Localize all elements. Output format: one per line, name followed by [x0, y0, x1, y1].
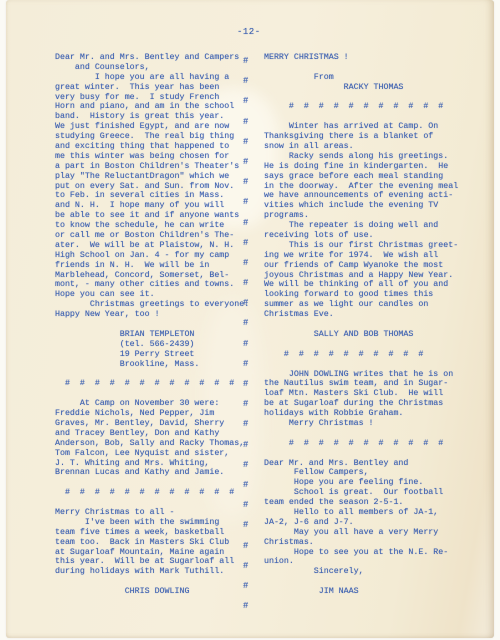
text-line: JA-2, J-6 and J-7. [264, 518, 458, 528]
text-line: J. T. Whiting and Mrs. Whiting, [55, 459, 249, 469]
text-line: # [243, 233, 248, 253]
text-line: # # # # # # # # # # [264, 350, 458, 360]
text-line: we have announcements of evening acti- [264, 191, 458, 201]
text-line: High School on Jan. 4 - for my camp [55, 251, 249, 261]
text-line: programs. [264, 211, 458, 221]
text-line: Winter has arrived at Camp. On [264, 122, 458, 132]
text-line: From [264, 73, 458, 83]
text-line [264, 340, 458, 350]
right-text-column: MERRY CHRISTMAS ! From RACKY THOMAS # # … [264, 53, 458, 597]
text-line: friends in N. H. We will be in [55, 261, 249, 271]
text-line: loaf Mtn. Masters Ski Club. He will [264, 389, 458, 399]
text-line: # # # # # # # # # # # [264, 439, 458, 449]
text-line: # [243, 313, 248, 333]
text-line [264, 112, 458, 122]
text-line: Happy New Year, too ! [55, 310, 249, 320]
text-line: # [243, 374, 248, 394]
text-line: Fellow Campers, [264, 468, 458, 478]
text-line: # # # # # # # # # # # # [55, 379, 249, 389]
text-line: at Sugarloaf Mountain, Maine again [55, 548, 249, 558]
text-line: # [243, 91, 248, 111]
text-line: Brennan Lucas and Kathy and Jamie. [55, 468, 249, 478]
text-line: Tom Falcon, Lee Nyquist and sister, [55, 449, 249, 459]
text-line [55, 389, 249, 399]
text-line: # [243, 556, 248, 576]
text-line: # [243, 132, 248, 152]
text-line: this year. Will be at Sugarloaf all [55, 557, 249, 567]
text-line: I've been with the swimming [55, 518, 249, 528]
text-line: SALLY AND BOB THOMAS [264, 330, 458, 340]
text-line: RACKY THOMAS [264, 83, 458, 93]
text-line: band. History is great this year. [55, 112, 249, 122]
text-line: JOHN DOWLING writes that he is on [264, 370, 458, 380]
text-line: At Camp on November 30 were: [55, 399, 249, 409]
text-line: # [243, 435, 248, 455]
text-line: # # # # # # # # # # # [264, 102, 458, 112]
text-line: (tel. 566-2439) [55, 340, 249, 350]
text-line: # [243, 71, 248, 91]
text-line: studying Greece. The real big thing [55, 132, 249, 142]
text-line [55, 478, 249, 488]
left-text-column: Dear Mr. and Mrs. Bentley and Campers an… [55, 53, 249, 597]
text-line: # # # # # # # # # # # # [55, 488, 249, 498]
text-line: 19 Perry Street [55, 350, 249, 360]
text-line: a part in Boston Children's Theater's [55, 162, 249, 172]
text-line: Sincerely, [264, 567, 458, 577]
text-line: Dear Mr. and Mrs. Bentley and [264, 459, 458, 469]
text-line: play "The ReluctantDragon" which we [55, 172, 249, 182]
text-line: be able to see it and if anyone wants [55, 211, 249, 221]
text-line: Christmas. [264, 538, 458, 548]
text-line: # [243, 112, 248, 132]
text-line: Christmas Eve. [264, 310, 458, 320]
text-line: receiving lots of use. [264, 231, 458, 241]
text-line: MERRY CHRISTMAS ! [264, 53, 458, 63]
text-line: holidays with Robbie Graham. [264, 409, 458, 419]
text-line: # [243, 213, 248, 233]
text-line: our friends of Camp Wyanoke the most [264, 261, 458, 271]
text-line: and Tracey Bentley, Don and Kathy [55, 429, 249, 439]
text-line: This is our first Christmas greet- [264, 241, 458, 251]
text-line: looking forward to good times this [264, 290, 458, 300]
text-line: # [243, 152, 248, 172]
text-line: # [243, 495, 248, 515]
text-line: Hello to all members of JA-1, [264, 508, 458, 518]
text-line: Freddie Nichols, Ned Pepper, Jim [55, 409, 249, 419]
text-line: Hope you can see it. [55, 290, 249, 300]
text-line: Graves, Mr. Bentley, David, Sherry [55, 419, 249, 429]
text-line: and Counselors, [55, 63, 249, 73]
text-line: # [243, 515, 248, 535]
text-line: great winter. This year has been [55, 83, 249, 93]
newsletter-page: -12- Dear Mr. and Mrs. Bentley and Campe… [6, 0, 494, 638]
text-line: BRIAN TEMPLETON [55, 330, 249, 340]
text-line: me this winter was being chosen for [55, 152, 249, 162]
text-line [264, 93, 458, 103]
text-line: put on every Sat. and Sun. from Nov. [55, 182, 249, 192]
text-line: Hope to see you at the N.E. Re- [264, 548, 458, 558]
text-line: and exciting thing that happened to [55, 142, 249, 152]
text-line: Merry Christmas to all - [55, 508, 249, 518]
text-line [55, 577, 249, 587]
text-line: I hope you are all having a [55, 73, 249, 83]
text-line: # [243, 596, 248, 616]
text-line: Horn and piano, and am in the school [55, 102, 249, 112]
text-line [264, 63, 458, 73]
text-line: mont, - many other cities and towns. [55, 280, 249, 290]
text-line: May you all have a very Merry [264, 528, 458, 538]
text-line: Anderson, Bob, Sally and Racky Thomas, [55, 439, 249, 449]
text-line: during holidays with Mark Tuthill. [55, 567, 249, 577]
text-line: # [243, 293, 248, 313]
text-line: Thanksgiving there is a blanket of [264, 132, 458, 142]
text-line: snow in all areas. [264, 142, 458, 152]
text-line: or call me or Boston Children's The- [55, 231, 249, 241]
text-line: CHRIS DOWLING [55, 587, 249, 597]
text-line [55, 320, 249, 330]
text-line [264, 320, 458, 330]
text-line: to know the schedule, he can write [55, 221, 249, 231]
text-line: ater. We will be at Plaistow, N. H. [55, 241, 249, 251]
page-number: -12- [237, 27, 261, 37]
text-line: summer as we light our candles on [264, 300, 458, 310]
text-line: # [243, 536, 248, 556]
text-line: # [243, 576, 248, 596]
text-line: Marblehead, Concord, Somerset, Bel- [55, 271, 249, 281]
text-line: # [243, 354, 248, 374]
text-line: to Feb. in several cities in Mass. [55, 191, 249, 201]
text-line: # [243, 253, 248, 273]
text-line: joyous Christmas and a Happy New Year. [264, 271, 458, 281]
text-line: Merry Christmas ! [264, 419, 458, 429]
text-line: We just finished Egypt, and are now [55, 122, 249, 132]
text-line: Racky sends along his greetings. [264, 152, 458, 162]
text-line: # [243, 455, 248, 475]
text-line: says grace before each meal standing [264, 172, 458, 182]
text-line: team five times a week, basketball [55, 528, 249, 538]
text-line: JIM NAAS [264, 587, 458, 597]
text-line: # [243, 334, 248, 354]
text-line: very busy for me. I study French [55, 93, 249, 103]
text-line [264, 360, 458, 370]
text-line [55, 370, 249, 380]
text-line: # [243, 394, 248, 414]
text-line: # [243, 273, 248, 293]
text-line: We will be thinking of all of you and [264, 280, 458, 290]
text-line: and N. H. I hope many of you will [55, 201, 249, 211]
text-line: # [243, 51, 248, 71]
text-line: # [243, 172, 248, 192]
text-line [55, 498, 249, 508]
text-line: team too. Back in Masters Ski Club [55, 538, 249, 548]
text-line: in the doorway. After the evening meal [264, 182, 458, 192]
text-line: He is doing fine in kindergarten. He [264, 162, 458, 172]
text-line: the Nautilus swim team, and in Sugar- [264, 379, 458, 389]
center-hash-divider: ############################ [243, 51, 248, 616]
text-line: # [243, 192, 248, 212]
text-line [264, 429, 458, 439]
text-line: team ended the season 2-5-1. [264, 498, 458, 508]
text-line: # [243, 475, 248, 495]
text-line: Hope you are feeling fine. [264, 478, 458, 488]
text-line: Dear Mr. and Mrs. Bentley and Campers [55, 53, 249, 63]
text-line: vities which include the evening TV [264, 201, 458, 211]
text-line: union. [264, 557, 458, 567]
scanned-newsletter-photo: -12- Dear Mr. and Mrs. Bentley and Campe… [0, 0, 500, 640]
text-line: School is great. Our football [264, 488, 458, 498]
text-line [264, 577, 458, 587]
text-line: Christmas greetings to everyone. [55, 300, 249, 310]
text-line: Brookline, Mass. [55, 360, 249, 370]
text-line: # [243, 414, 248, 434]
text-line: be at Sugarloaf during the Christmas [264, 399, 458, 409]
text-line: The repeater is doing well and [264, 221, 458, 231]
text-line: ing we write for 1974. We wish all [264, 251, 458, 261]
text-line [264, 449, 458, 459]
